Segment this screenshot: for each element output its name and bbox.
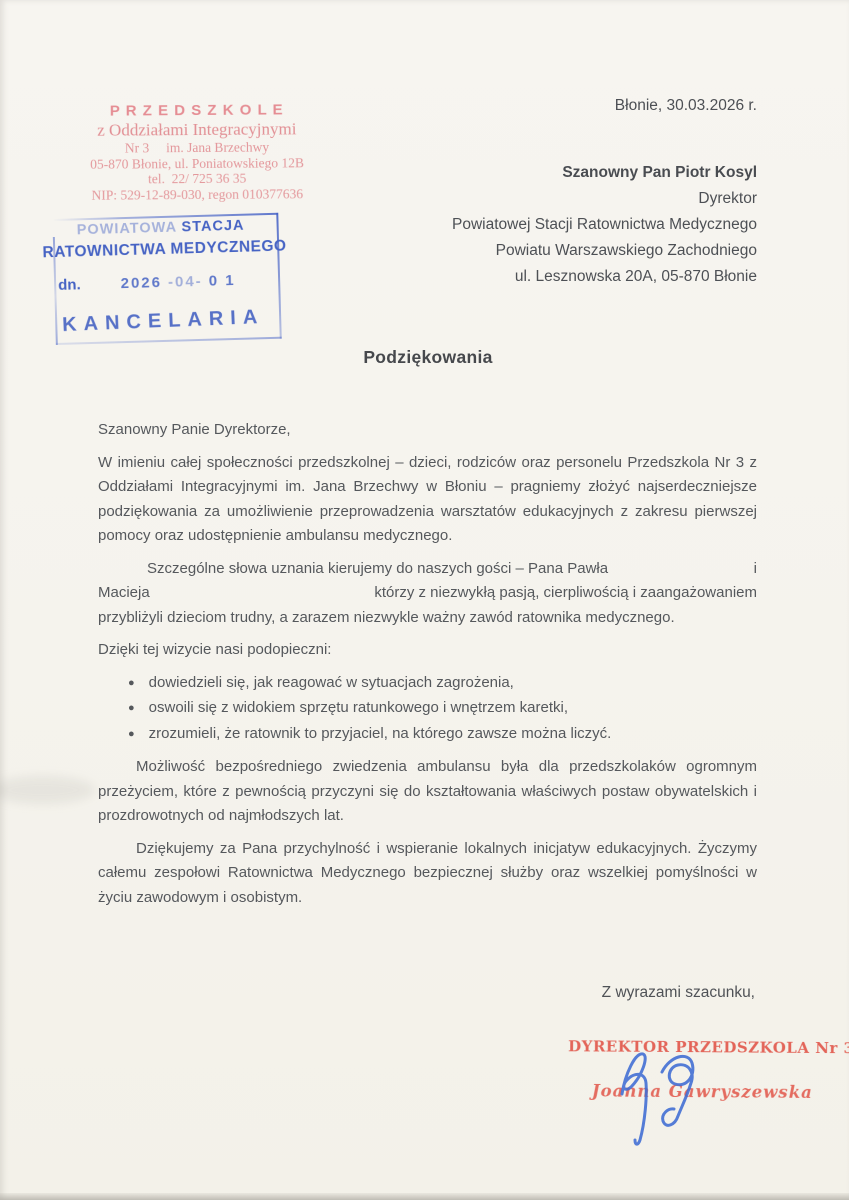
scan-bottom-edge: [0, 1193, 849, 1200]
paragraph-1: W imieniu całej społeczności przedszkoln…: [98, 451, 757, 549]
registry-intake-stamp: POWIATOWA STACJA RATOWNICTWA MEDYCZNEGO …: [38, 207, 286, 348]
registry-stamp-date-row: dn. 2026-04-0 1: [58, 272, 236, 294]
preschool-stamp-title: P R Z E D S Z K O L E: [52, 101, 342, 120]
letter-body: Szanowny Panie Dyrektorze, W imieniu cał…: [98, 418, 757, 918]
bullet-dot-icon: ●: [128, 696, 135, 721]
paragraph-2-line-2-end: którzy z niezwykłą pasją, cierpliwością …: [374, 581, 757, 606]
paragraph-2: Szczególne słowa uznania kierujemy do na…: [98, 557, 757, 631]
list-item-text: dowiedzieli się, jak reagować w sytuacja…: [149, 671, 514, 696]
list-item: ● oswoili się z widokiem sprzętu ratunko…: [128, 696, 757, 722]
closing-line: Z wyrazami szacunku,: [602, 984, 755, 1002]
registry-stamp-org-word2: STACJA: [181, 218, 244, 236]
registry-stamp-office-name: KANCELARIA: [41, 305, 286, 338]
paragraph-2-line-1: Szczególne słowa uznania kierujemy do na…: [98, 557, 757, 582]
scan-smudge: [0, 776, 95, 804]
recipient-org-line1: Powiatowej Stacji Ratownictwa Medycznego: [452, 212, 757, 238]
paragraph-2-line-1-text: Szczególne słowa uznania kierujemy do na…: [147, 557, 608, 582]
paragraph-5: Dziękujemy za Pana przychylność i wspier…: [98, 837, 757, 911]
paragraph-2-line-3: przybliżyli dzieciom trudny, a zarazem n…: [98, 606, 757, 631]
registry-stamp-date-value: 2026-04-0 1: [120, 272, 235, 292]
list-item-text: zrozumieli, że ratownik to przyjaciel, n…: [149, 722, 612, 747]
preschool-stamp-nip: NIP: 529-12-89-030, regon 010377636: [52, 185, 342, 203]
recipient-role: Dyrektor: [452, 186, 757, 212]
recipient-block: Szanowny Pan Piotr Kosyl Dyrektor Powiat…: [452, 160, 757, 290]
registry-stamp-org-line2: RATOWNICTWA MEDYCZNEGO: [35, 237, 294, 262]
stamp-border-bottom: [56, 337, 282, 345]
paragraph-4: Możliwość bezpośredniego zwiedzenia ambu…: [98, 755, 757, 829]
recipient-name: Szanowny Pan Piotr Kosyl: [452, 160, 757, 186]
paragraph-2-line-2: Macieja którzy z niezwykłą pasją, cierpl…: [98, 581, 757, 606]
registry-stamp-date-label: dn.: [58, 276, 81, 294]
place-date-line: Błonie, 30.03.2026 r.: [615, 97, 757, 115]
list-item: ● dowiedzieli się, jak reagować w sytuac…: [128, 671, 757, 697]
preschool-stamp-subtitle: z Oddziałami Integracyjnymi: [52, 119, 342, 141]
bullet-dot-icon: ●: [128, 722, 135, 747]
list-intro: Dzięki tej wizycie nasi podopieczni:: [98, 638, 757, 663]
letter-title: Podziękowania: [98, 347, 758, 368]
benefits-list: ● dowiedzieli się, jak reagować w sytuac…: [98, 671, 757, 748]
handwritten-signature: [594, 1038, 706, 1150]
registry-stamp-org-word1: POWIATOWA: [77, 220, 177, 239]
list-item-text: oswoili się z widokiem sprzętu ratunkowe…: [149, 696, 568, 721]
recipient-org-line2: Powiatu Warszawskiego Zachodniego: [452, 238, 757, 264]
salutation: Szanowny Panie Dyrektorze,: [98, 418, 757, 443]
scanned-letter-page: P R Z E D S Z K O L E z Oddziałami Integ…: [0, 0, 849, 1200]
paragraph-2-line-1-end: i: [754, 557, 757, 582]
paragraph-2-line-2-start: Macieja: [98, 581, 150, 606]
bullet-dot-icon: ●: [128, 671, 135, 696]
list-item: ● zrozumieli, że ratownik to przyjaciel,…: [128, 722, 757, 748]
preschool-header-stamp: P R Z E D S Z K O L E z Oddziałami Integ…: [52, 101, 343, 203]
recipient-address: ul. Lesznowska 20A, 05-870 Błonie: [452, 264, 757, 290]
